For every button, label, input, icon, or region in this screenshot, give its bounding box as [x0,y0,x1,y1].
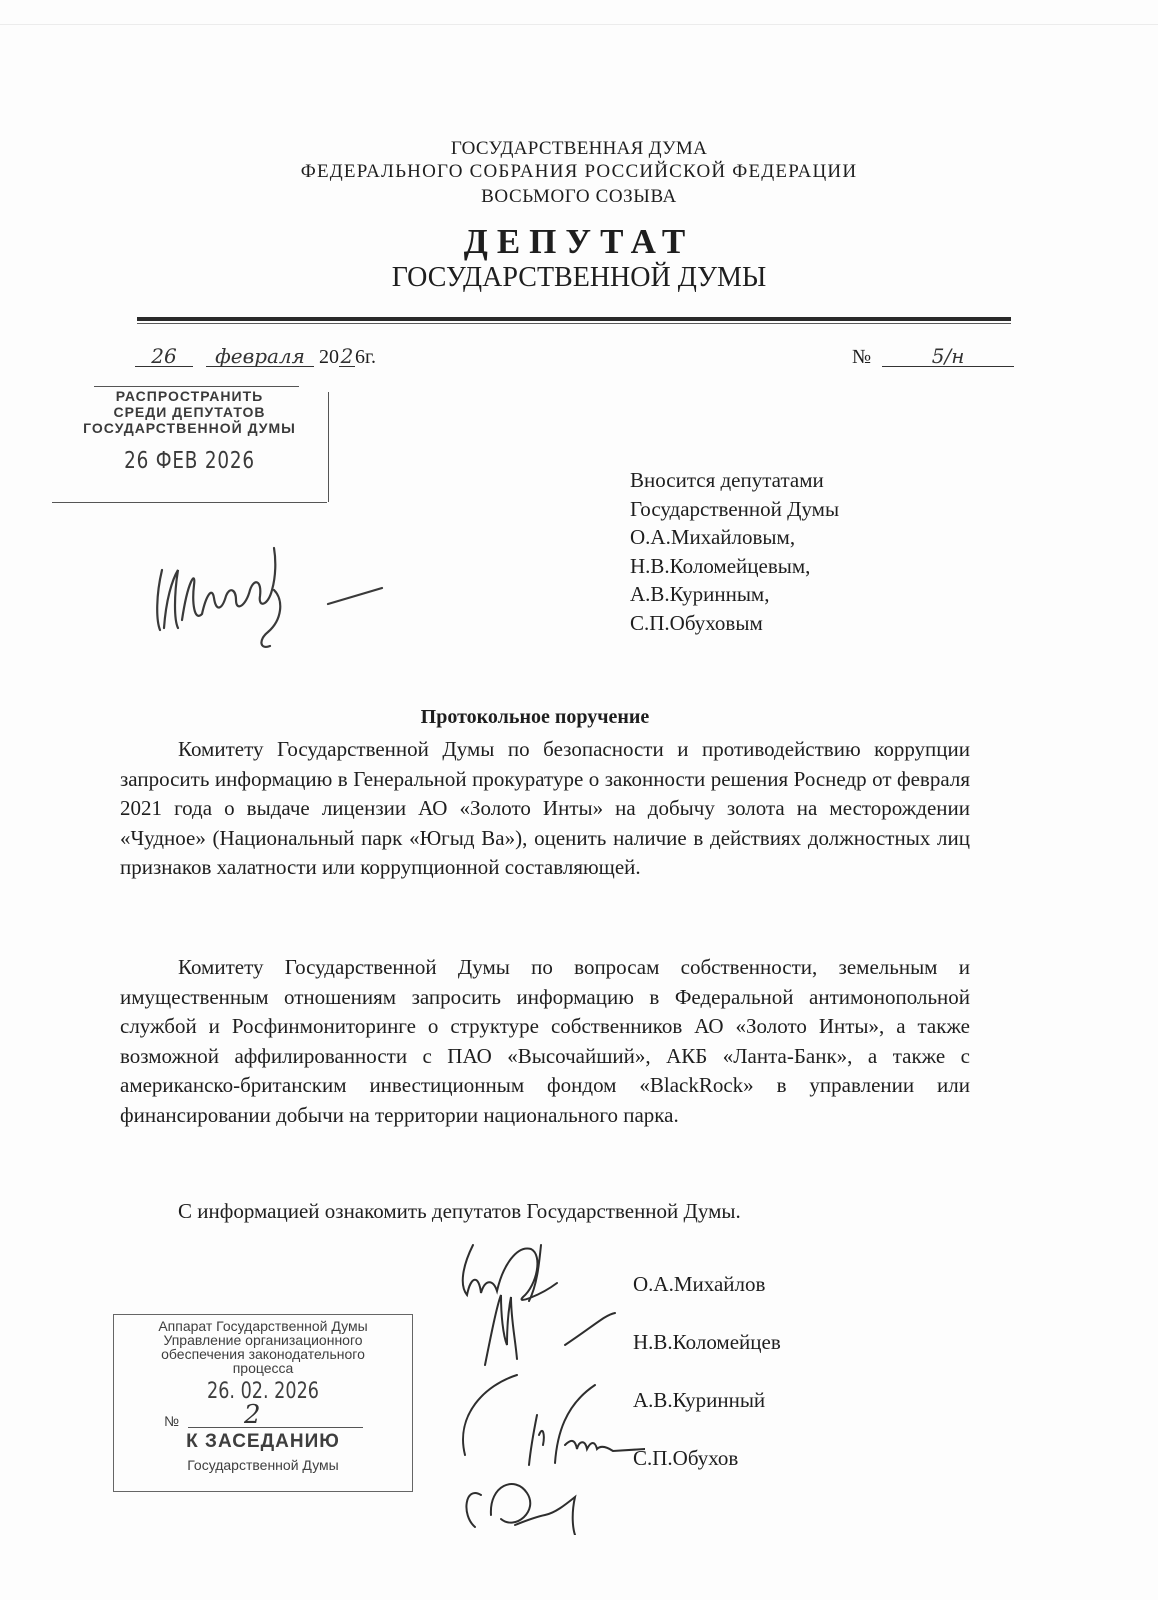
stamp-registry-number-line [188,1427,363,1428]
sender-line: Н.В.Коломейцевым, [630,552,839,581]
date-year-suffix: 6г. [355,346,376,368]
page-edge [0,24,1158,25]
document-number: № 5/н [852,346,1014,369]
header-line-2: ФЕДЕРАЛЬНОГО СОБРАНИЯ РОССИЙСКОЙ ФЕДЕРАЦ… [0,161,1158,183]
header-rule-thin [137,323,1011,324]
sender-line: Вносится депутатами [630,466,839,495]
paragraph-2: Комитету Государственной Думы по вопроса… [120,953,970,1130]
header-title: ДЕПУТАТ [0,222,1158,262]
stamp-registry-action: К ЗАСЕДАНИЮ [114,1431,412,1453]
date-year-prefix: 20 [319,346,339,368]
header-subtitle: ГОСУДАРСТВЕННОЙ ДУМЫ [0,262,1158,294]
date-year-hand: 2 [339,346,355,367]
document-date: 26 февраля 2026г. [135,346,376,369]
date-month: февраля [206,346,314,367]
sender-line: А.В.Куринным, [630,580,839,609]
stamp-registry-number-value: 2 [244,1400,261,1430]
signer-name: С.П.Обухов [633,1446,738,1471]
sender-line: Государственной Думы [630,495,839,524]
header-rule-thick [137,317,1011,321]
paragraph-3: С информацией ознакомить депутатов Госуд… [120,1197,970,1227]
date-day: 26 [135,346,193,367]
header-line-3: ВОСЬМОГО СОЗЫВА [0,186,1158,208]
stamp-border-right [328,392,329,502]
stamp-registry-date: 26. 02. 2026 [144,1379,382,1404]
stamp-distribute: РАСПРОСТРАНИТЬ СРЕДИ ДЕПУТАТОВ ГОСУДАРСТ… [52,386,324,504]
document-page: ГОСУДАРСТВЕННАЯ ДУМА ФЕДЕРАЛЬНОГО СОБРАН… [0,0,1158,1600]
sender-line: С.П.Обуховым [630,609,839,638]
resolution-signature-icon [150,540,400,650]
stamp-registry: Аппарат Государственной Думы Управление … [113,1314,413,1492]
stamp-distribute-line-2: СРЕДИ ДЕПУТАТОВ [52,404,327,420]
stamp-border-bottom [52,502,327,503]
sender-line: О.А.Михайловым, [630,523,839,552]
stamp-border-top [94,386,299,387]
stamp-distribute-line-3: ГОСУДАРСТВЕННОЙ ДУМЫ [52,420,327,436]
sender-block: Вносится депутатами Государственной Думы… [630,466,839,637]
header-line-1: ГОСУДАРСТВЕННАЯ ДУМА [0,138,1158,160]
paragraph-1: Комитету Государственной Думы по безопас… [120,735,970,883]
signer-name: Н.В.Коломейцев [633,1330,781,1355]
signer-name: А.В.Куринный [633,1388,765,1413]
stamp-distribute-date: 26 ФЕВ 2026 [80,448,300,474]
stamp-registry-number-label: № [164,1413,179,1429]
signer-name: О.А.Михайлов [633,1272,765,1297]
stamp-registry-footer: Государственной Думы [114,1457,412,1473]
signatures-icon [445,1235,645,1535]
document-title: Протокольное поручение [0,706,1070,729]
number-label: № [852,346,871,368]
stamp-distribute-line-1: РАСПРОСТРАНИТЬ [52,388,327,404]
stamp-registry-line-4: процесса [114,1361,412,1376]
number-value: 5/н [882,346,1014,367]
